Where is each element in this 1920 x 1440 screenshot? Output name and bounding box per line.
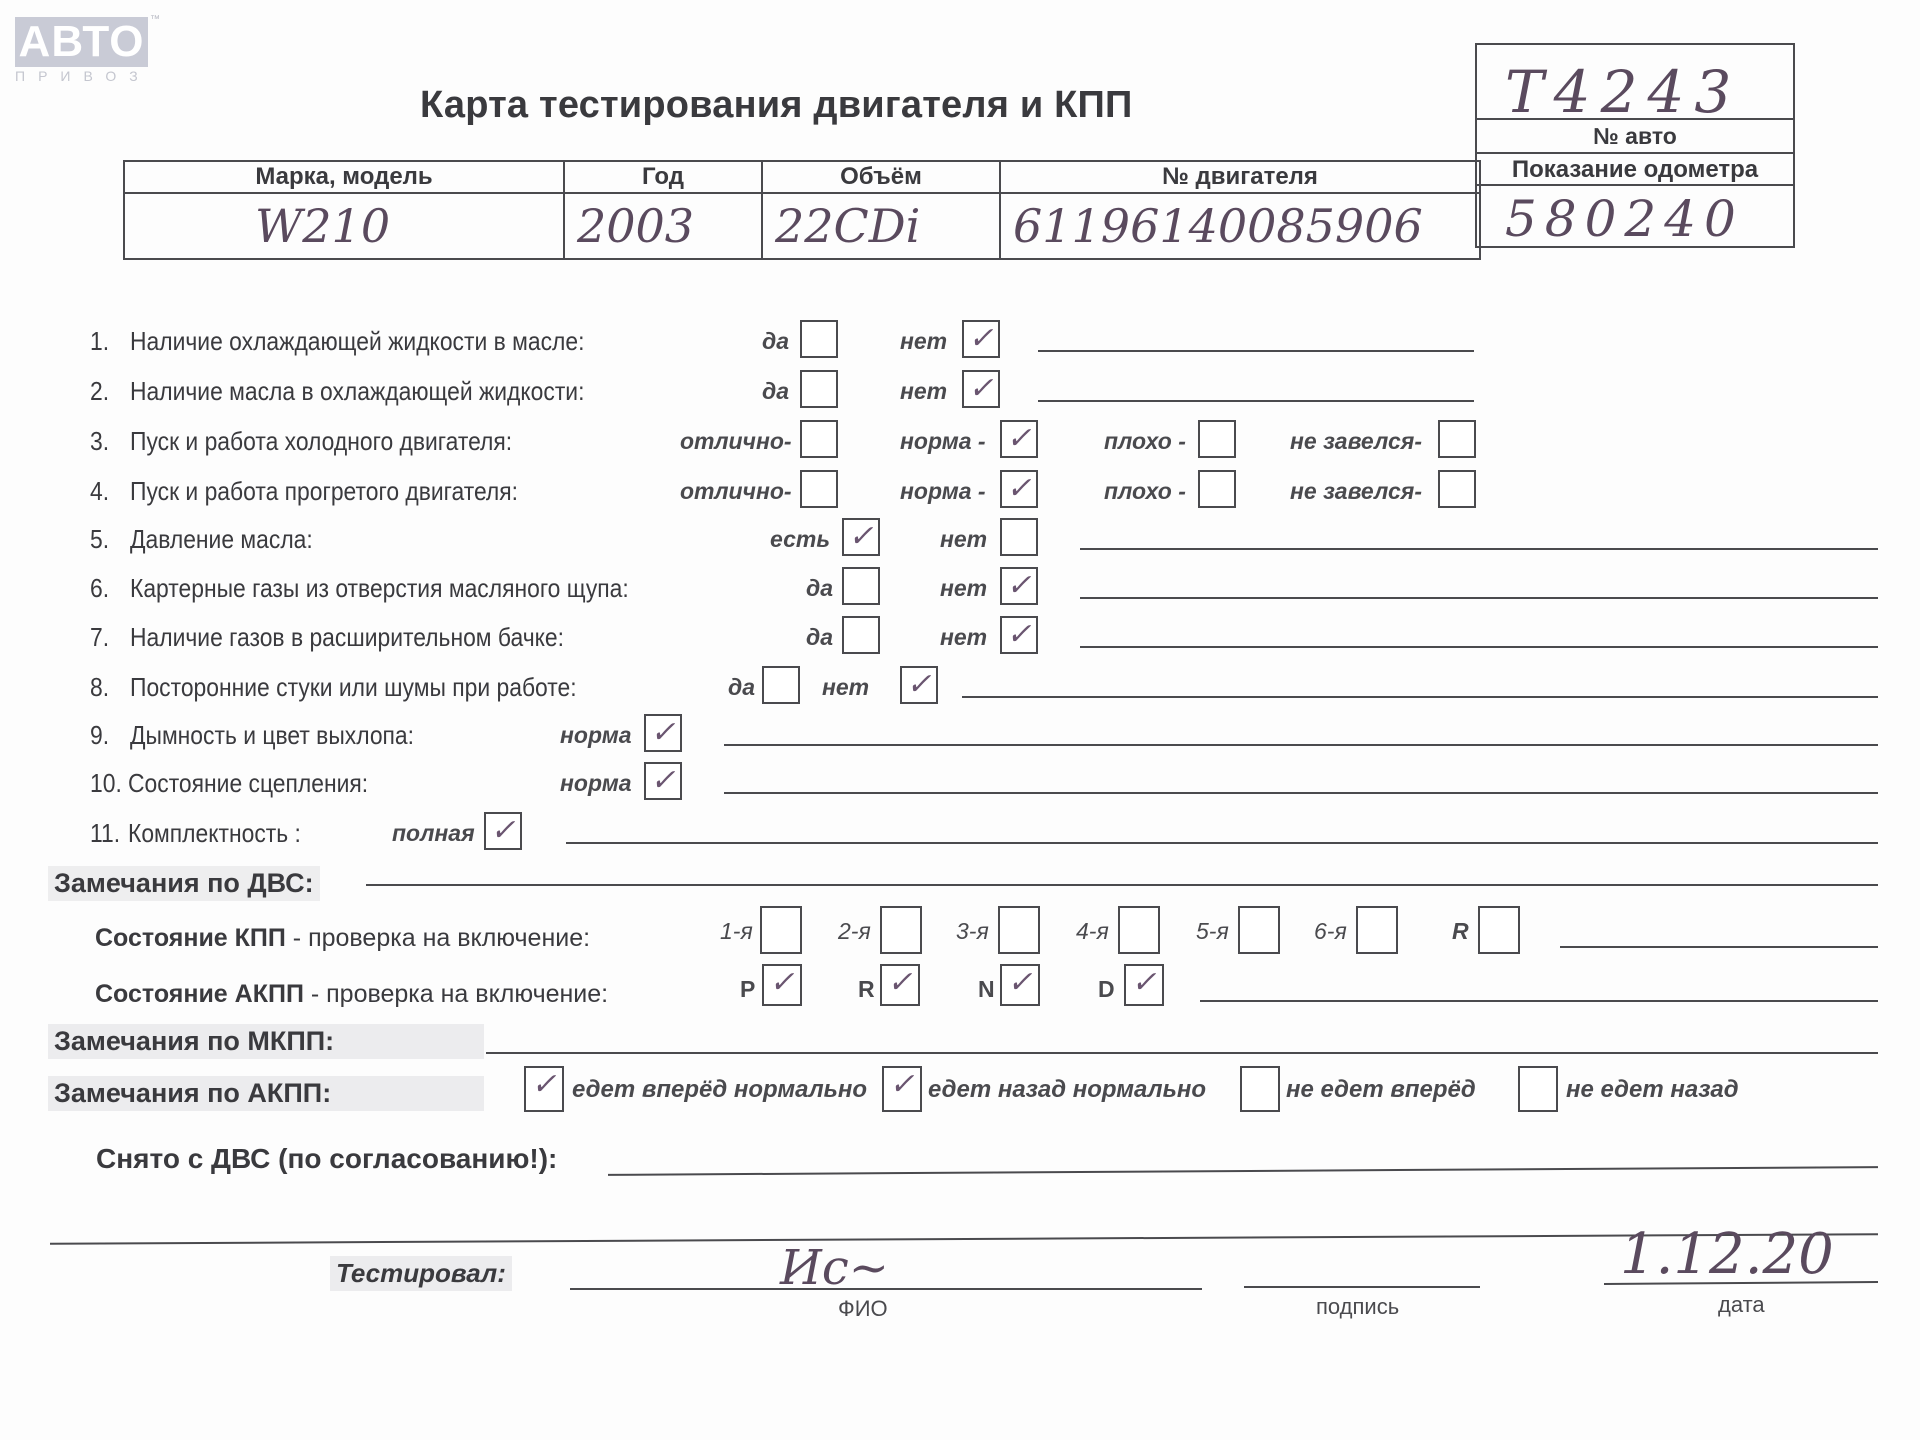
mkpp-remarks-line[interactable] bbox=[486, 1052, 1878, 1054]
option-label: нет bbox=[900, 328, 947, 355]
logo-subtitle: ПРИВОЗ bbox=[15, 68, 150, 84]
checklist-item-text: Картерные газы из отверстия масляного щу… bbox=[130, 573, 629, 604]
option-checkbox[interactable]: ✓ bbox=[900, 666, 938, 704]
model-value[interactable]: W210 bbox=[124, 193, 564, 259]
option-checkbox[interactable] bbox=[800, 370, 838, 408]
akpp-option-label: не едет назад bbox=[1566, 1076, 1739, 1104]
option-checkbox[interactable]: ✓ bbox=[484, 812, 522, 850]
checklist-item-text: Посторонние стуки или шумы при работе: bbox=[130, 672, 577, 703]
manual-gearbox-label-rest: - проверка на включение: bbox=[286, 924, 590, 952]
tested-by-label: Тестировал: bbox=[330, 1256, 512, 1291]
checklist-item-number: 2. bbox=[90, 376, 109, 407]
checklist-item-number: 7. bbox=[90, 622, 109, 653]
checklist-item-text: Пуск и работа прогретого двигателя: bbox=[130, 476, 518, 507]
gear-label: 3-я bbox=[956, 918, 989, 945]
page-title: Карта тестирования двигателя и КПП bbox=[420, 84, 1133, 127]
gear-checkbox[interactable] bbox=[998, 906, 1040, 954]
checklist-item-text: Давление масла: bbox=[130, 524, 313, 555]
option-checkbox[interactable] bbox=[1000, 518, 1038, 556]
option-checkbox[interactable] bbox=[1198, 420, 1236, 458]
checklist-item-number: 8. bbox=[90, 672, 109, 703]
option-checkbox[interactable] bbox=[800, 320, 838, 358]
akpp-option-checkbox[interactable] bbox=[1240, 1066, 1280, 1112]
date-caption: дата bbox=[1718, 1292, 1765, 1318]
manual-gearbox-label: Состояние КПП - проверка на включение: bbox=[95, 924, 590, 953]
auto-gearbox-label-rest: - проверка на включение: bbox=[304, 980, 608, 1008]
fio-caption: ФИО bbox=[838, 1296, 888, 1322]
option-checkbox[interactable]: ✓ bbox=[1000, 420, 1038, 458]
engine-number-value[interactable]: 61196140085906 bbox=[1000, 193, 1480, 259]
option-checkbox[interactable] bbox=[1198, 470, 1236, 508]
option-label: норма bbox=[560, 722, 632, 749]
year-value[interactable]: 2003 bbox=[564, 193, 762, 259]
checklist-item-text: Наличие масла в охлаждающей жидкости: bbox=[130, 376, 584, 407]
option-checkbox[interactable]: ✓ bbox=[1000, 567, 1038, 605]
col-engine-number-label: № двигателя bbox=[1000, 161, 1480, 193]
option-label: полная bbox=[392, 820, 475, 847]
vehicle-info-table: Марка, модель Год Объём № двигателя W210… bbox=[123, 160, 1481, 260]
remarks-line[interactable] bbox=[724, 744, 1878, 746]
option-checkbox[interactable]: ✓ bbox=[842, 518, 880, 556]
engine-remarks-line[interactable] bbox=[366, 884, 1878, 886]
option-checkbox[interactable] bbox=[800, 470, 838, 508]
remarks-line[interactable] bbox=[1038, 400, 1474, 402]
checklist-item-number: 6. bbox=[90, 573, 109, 604]
remarks-line[interactable] bbox=[1038, 350, 1474, 352]
gear-label: R bbox=[858, 976, 875, 1003]
date-value[interactable]: 1.12.20 bbox=[1620, 1222, 1834, 1287]
option-checkbox[interactable] bbox=[1438, 420, 1476, 458]
removed-label-rest: (по согласованию!): bbox=[270, 1143, 557, 1174]
option-label: нет bbox=[900, 378, 947, 405]
option-checkbox[interactable] bbox=[842, 616, 880, 654]
gear-label: R bbox=[1452, 918, 1469, 945]
col-model-label: Марка, модель bbox=[124, 161, 564, 193]
option-label: не завелся- bbox=[1290, 428, 1422, 455]
option-checkbox[interactable] bbox=[842, 567, 880, 605]
gear-label: D bbox=[1098, 976, 1115, 1003]
remarks-line[interactable] bbox=[724, 792, 1878, 794]
checklist-item-text: Состояние сцепления: bbox=[128, 768, 368, 799]
logo-trademark: ™ bbox=[150, 14, 160, 25]
akpp-option-label: не едет вперёд bbox=[1286, 1076, 1476, 1104]
gear-checkbox[interactable]: ✓ bbox=[1124, 964, 1164, 1006]
option-label: не завелся- bbox=[1290, 478, 1422, 505]
option-label: нет bbox=[940, 526, 987, 553]
auto-gearbox-label-bold: Состояние АКПП bbox=[95, 980, 304, 1008]
checklist-item-number: 3. bbox=[90, 426, 109, 457]
option-checkbox[interactable]: ✓ bbox=[644, 762, 682, 800]
gear-label: 4-я bbox=[1076, 918, 1109, 945]
remarks-line[interactable] bbox=[962, 696, 1878, 698]
option-label: да bbox=[762, 328, 789, 355]
option-label: норма - bbox=[900, 478, 986, 505]
odometer-value[interactable]: 580240 bbox=[1505, 190, 1744, 248]
manual-gearbox-label-bold: Состояние КПП bbox=[95, 924, 286, 952]
auto-gearbox-line[interactable] bbox=[1200, 1000, 1878, 1002]
checklist-item-number: 10. bbox=[90, 768, 122, 799]
akpp-option-checkbox[interactable] bbox=[1518, 1066, 1558, 1112]
option-checkbox[interactable] bbox=[800, 420, 838, 458]
option-label: плохо - bbox=[1104, 478, 1186, 505]
remarks-line[interactable] bbox=[1080, 646, 1878, 648]
checklist-item-text: Наличие газов в расширительном бачке: bbox=[130, 622, 564, 653]
gear-label: 5-я bbox=[1196, 918, 1229, 945]
signature-caption: подпись bbox=[1316, 1294, 1399, 1320]
checklist-item-text: Комплектность : bbox=[128, 818, 301, 849]
removed-label: Снято с ДВС (по согласованию!): bbox=[96, 1143, 557, 1175]
akpp-option-checkbox[interactable]: ✓ bbox=[882, 1066, 922, 1112]
akpp-remarks-label: Замечания по АКПП: bbox=[48, 1076, 484, 1111]
gear-checkbox[interactable]: ✓ bbox=[880, 964, 920, 1006]
option-checkbox[interactable]: ✓ bbox=[962, 370, 1000, 408]
removed-label-bold: Снято с ДВС bbox=[96, 1143, 270, 1174]
manual-gearbox-line[interactable] bbox=[1560, 946, 1878, 948]
option-label: да bbox=[806, 624, 833, 651]
gear-checkbox[interactable] bbox=[1238, 906, 1280, 954]
option-checkbox[interactable] bbox=[1438, 470, 1476, 508]
logo: АВТО bbox=[15, 17, 148, 67]
akpp-option-label: едет вперёд нормально bbox=[572, 1076, 867, 1104]
option-label: норма bbox=[560, 770, 632, 797]
gear-checkbox[interactable]: ✓ bbox=[762, 964, 802, 1006]
engine-remarks-label: Замечания по ДВС: bbox=[48, 866, 320, 901]
remarks-line[interactable] bbox=[566, 842, 1878, 844]
option-label: нет bbox=[940, 575, 987, 602]
gear-label: P bbox=[740, 976, 755, 1003]
option-label: есть bbox=[770, 526, 830, 553]
option-checkbox[interactable]: ✓ bbox=[1000, 470, 1038, 508]
gear-label: 2-я bbox=[838, 918, 871, 945]
auto-gearbox-label: Состояние АКПП - проверка на включение: bbox=[95, 980, 608, 1009]
option-label: отлично- bbox=[680, 428, 792, 455]
gear-checkbox[interactable] bbox=[1356, 906, 1398, 954]
option-label: да bbox=[806, 575, 833, 602]
volume-value[interactable]: 22CDi bbox=[762, 193, 1000, 259]
odometer-label: Показание одометра bbox=[1475, 154, 1795, 186]
checklist-item-number: 5. bbox=[90, 524, 109, 555]
gear-checkbox[interactable] bbox=[760, 906, 802, 954]
option-label: да bbox=[762, 378, 789, 405]
signature-line[interactable] bbox=[1244, 1286, 1480, 1288]
mkpp-remarks-label: Замечания по МКПП: bbox=[48, 1024, 484, 1059]
checklist-item-text: Наличие охлаждающей жидкости в масле: bbox=[130, 326, 584, 357]
gear-checkbox[interactable]: ✓ bbox=[1000, 964, 1040, 1006]
checklist-item-number: 4. bbox=[90, 476, 109, 507]
option-checkbox[interactable] bbox=[762, 666, 800, 704]
option-checkbox[interactable]: ✓ bbox=[644, 714, 682, 752]
option-checkbox[interactable]: ✓ bbox=[962, 320, 1000, 358]
checklist-item-number: 1. bbox=[90, 326, 109, 357]
option-label: да bbox=[728, 674, 755, 701]
fio-line[interactable] bbox=[570, 1288, 1202, 1290]
col-volume-label: Объём bbox=[762, 161, 1000, 193]
checklist-item-text: Дымность и цвет выхлопа: bbox=[130, 720, 414, 751]
option-label: нет bbox=[822, 674, 869, 701]
akpp-option-checkbox[interactable]: ✓ bbox=[524, 1066, 564, 1112]
gear-checkbox[interactable] bbox=[880, 906, 922, 954]
gear-checkbox[interactable] bbox=[1478, 906, 1520, 954]
option-label: нет bbox=[940, 624, 987, 651]
gear-checkbox[interactable] bbox=[1118, 906, 1160, 954]
removed-line[interactable] bbox=[608, 1166, 1878, 1176]
col-year-label: Год bbox=[564, 161, 762, 193]
checklist-item-number: 9. bbox=[90, 720, 109, 751]
footer-divider bbox=[50, 1233, 1878, 1245]
remarks-line[interactable] bbox=[1080, 597, 1878, 599]
auto-number-value[interactable]: T4243 bbox=[1505, 58, 1741, 126]
gear-label: N bbox=[978, 976, 995, 1003]
akpp-option-label: едет назад нормально bbox=[928, 1076, 1206, 1104]
checklist-item-number: 11. bbox=[90, 818, 120, 849]
gear-label: 1-я bbox=[720, 918, 753, 945]
checklist-item-text: Пуск и работа холодного двигателя: bbox=[130, 426, 512, 457]
option-label: плохо - bbox=[1104, 428, 1186, 455]
option-label: норма - bbox=[900, 428, 986, 455]
remarks-line[interactable] bbox=[1080, 548, 1878, 550]
option-checkbox[interactable]: ✓ bbox=[1000, 616, 1038, 654]
option-label: отлично- bbox=[680, 478, 792, 505]
gear-label: 6-я bbox=[1314, 918, 1347, 945]
auto-number-label: № авто bbox=[1475, 118, 1795, 154]
